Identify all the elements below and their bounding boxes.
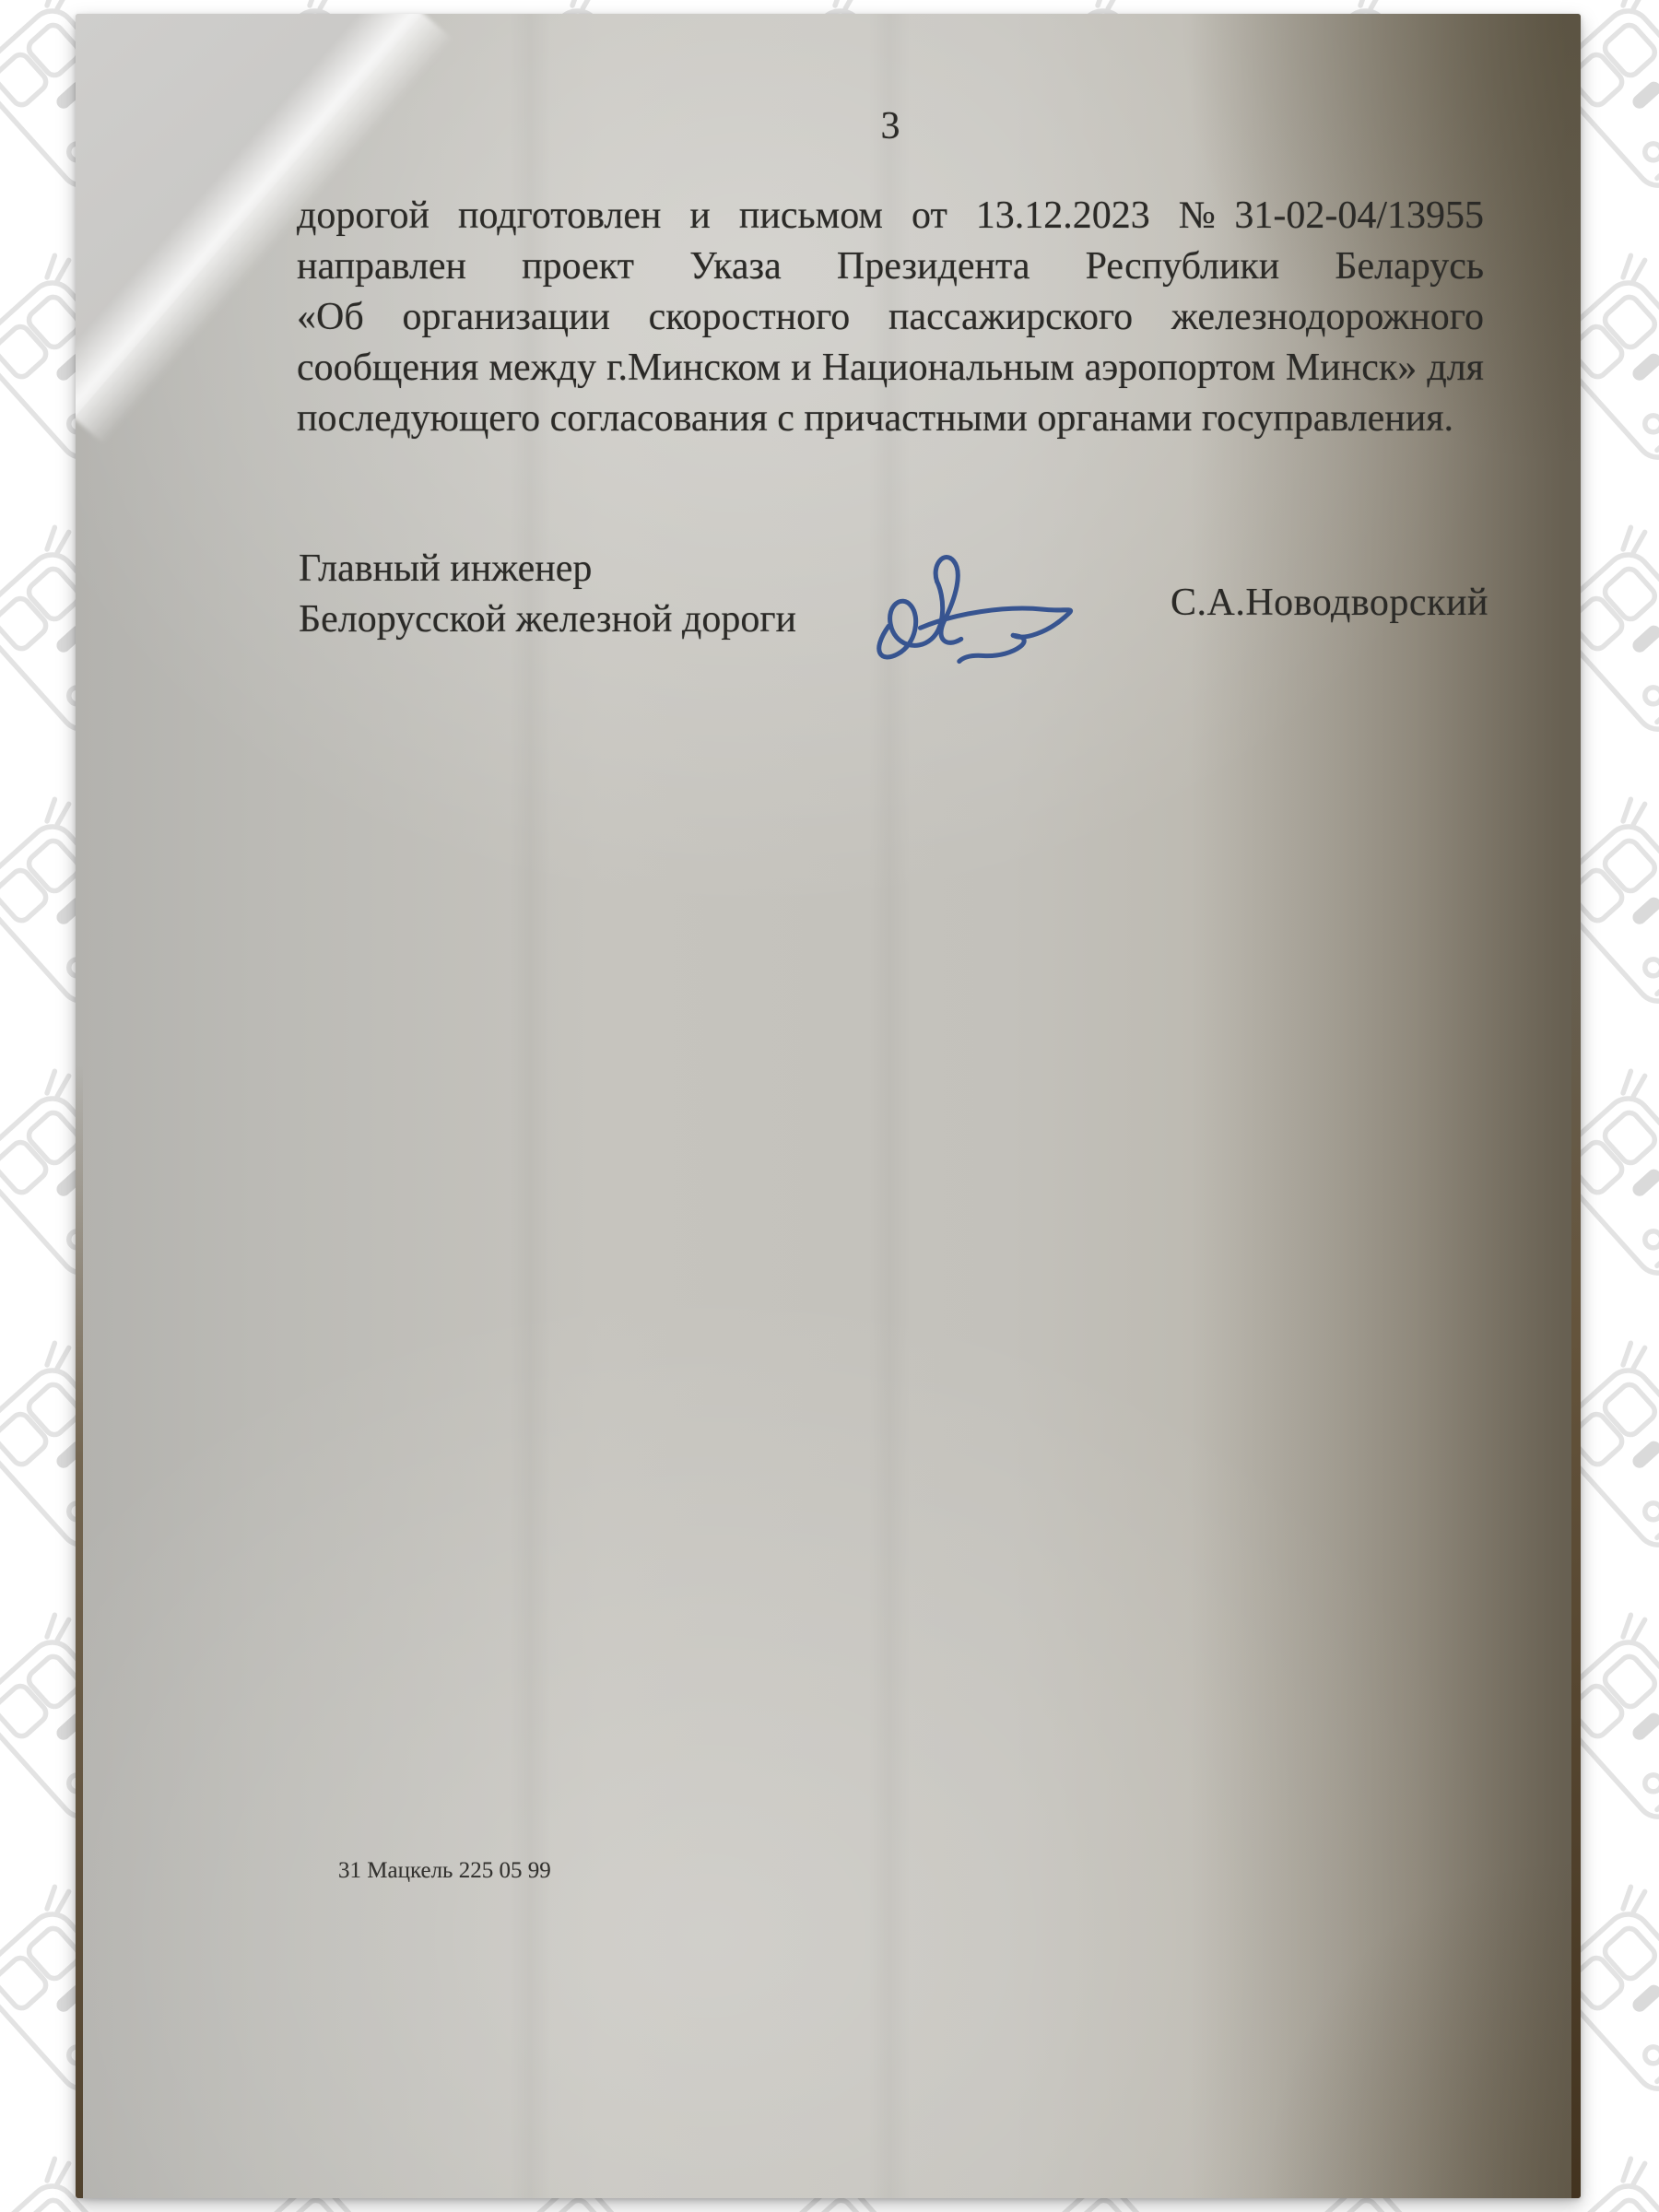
page-background: 3 дорогой подготовлен и письмом от 13.12… — [0, 0, 1659, 2212]
document-photo: 3 дорогой подготовлен и письмом от 13.12… — [76, 14, 1581, 2198]
page-number: 3 — [297, 101, 1484, 152]
signature-block: Главный инженер Белорусской железной дор… — [299, 544, 796, 645]
body-paragraph: дорогой подготовлен и письмом от 13.12.2… — [297, 191, 1484, 444]
signatory-position-line1: Главный инженер — [299, 544, 796, 594]
executor-note: 31 Мацкель 225 05 99 — [338, 1857, 551, 1885]
document-content: 3 дорогой подготовлен и письмом от 13.12… — [76, 14, 1581, 2198]
paragraph-line: дорогой подготовлен и письмом от 13.12.2… — [297, 191, 1484, 241]
paragraph-line: сообщения между г.Минском и Национальным… — [297, 343, 1484, 394]
paragraph-line: направлен проект Указа Президента Респуб… — [297, 241, 1484, 292]
signature-ink — [866, 516, 1108, 675]
signatory-name: С.А.Новодворский — [1171, 578, 1488, 629]
paragraph-line: последующего согласования с причастными … — [297, 394, 1484, 444]
signatory-position-line2: Белорусской железной дороги — [299, 594, 796, 645]
paragraph-line: «Об организации скоростного пассажирског… — [297, 292, 1484, 343]
